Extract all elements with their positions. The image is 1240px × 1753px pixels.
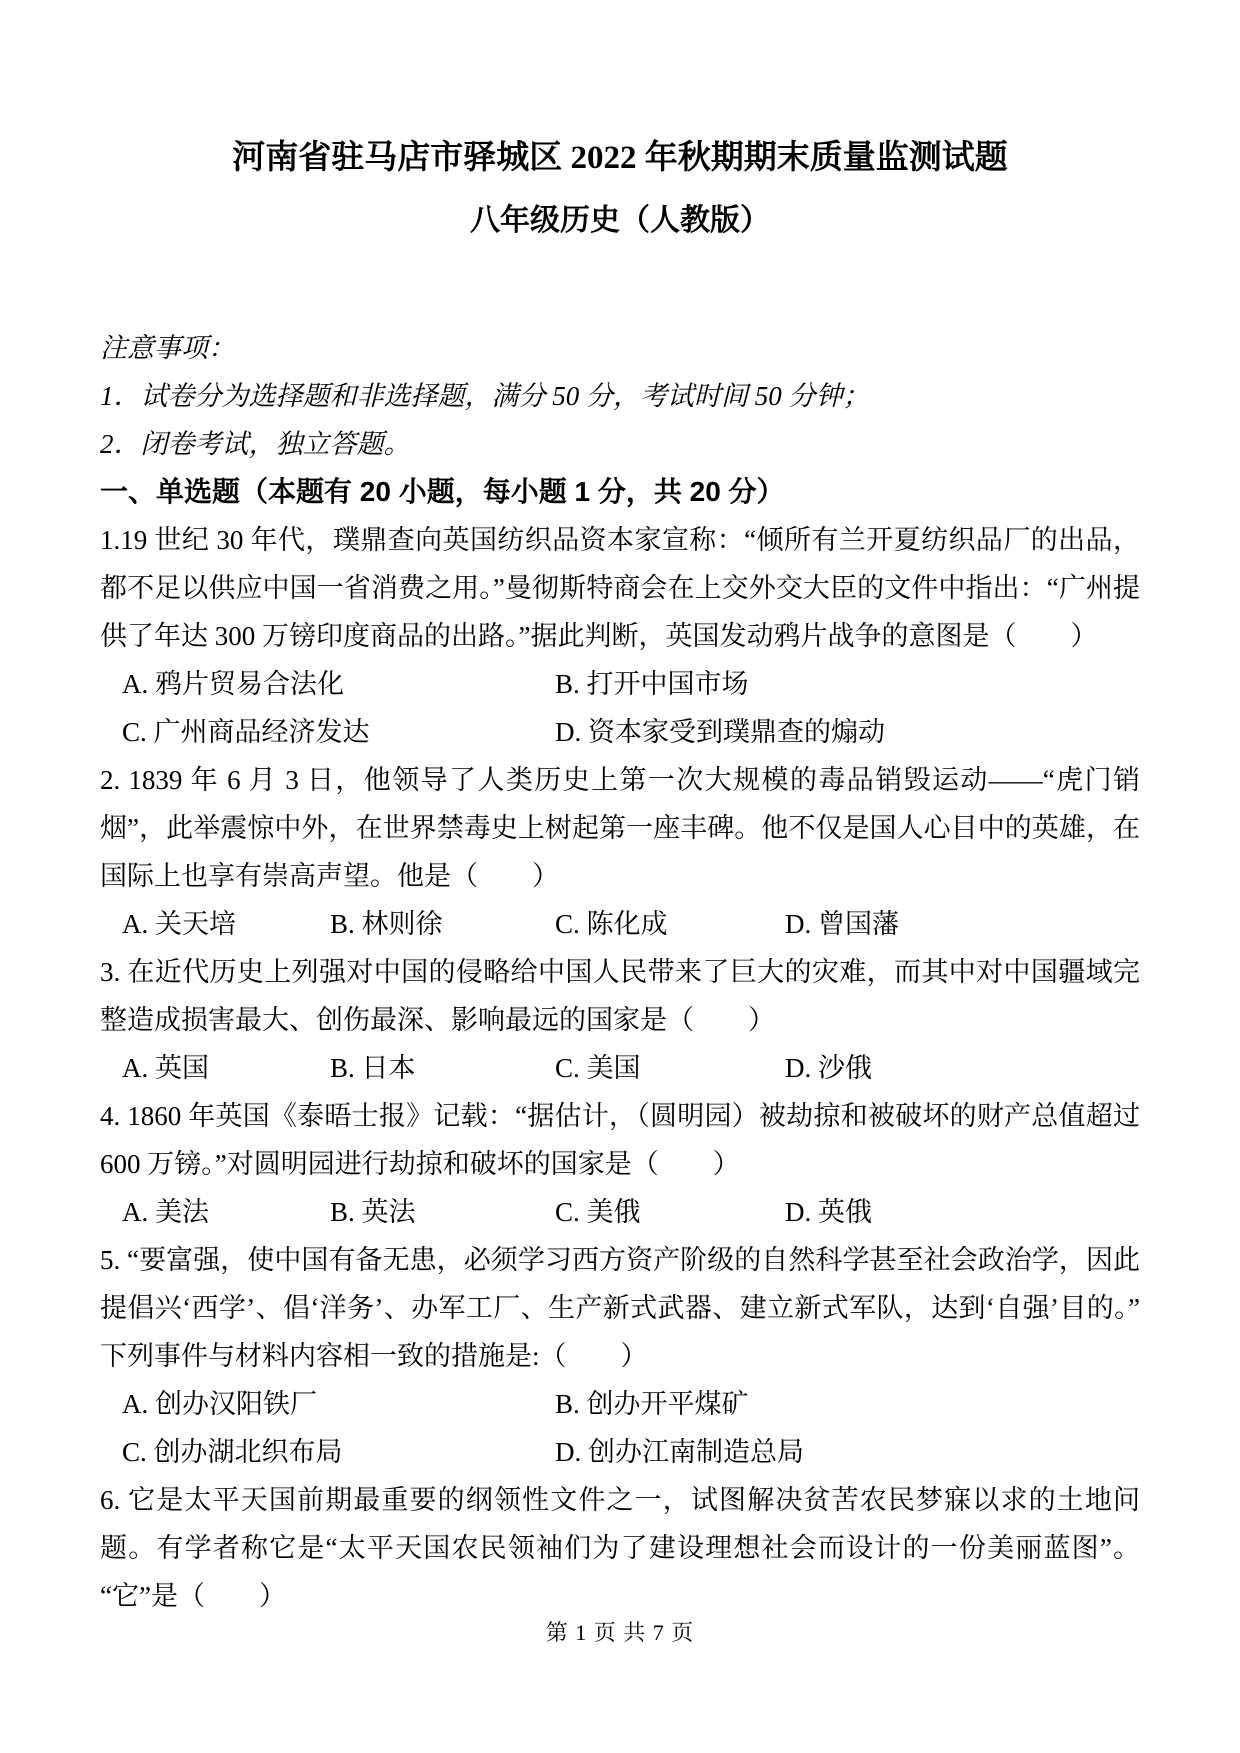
- notice-item-1: 1．试卷分为选择题和非选择题，满分 50 分，考试时间 50 分钟；: [100, 372, 1140, 420]
- option-text: 英国: [155, 1053, 209, 1083]
- exam-title: 河南省驻马店市驿城区 2022 年秋期期末质量监测试题: [100, 138, 1140, 178]
- option-label: D.: [785, 1053, 811, 1083]
- notice-section: 注意事项： 1．试卷分为选择题和非选择题，满分 50 分，考试时间 50 分钟；…: [100, 324, 1140, 468]
- option-text: 创办江南制造总局: [588, 1437, 804, 1467]
- option-text: 创办湖北织布局: [154, 1437, 343, 1467]
- question-5: 5. “要富强，使中国有备无患，必须学习西方资产阶级的自然科学甚至社会政治学，因…: [100, 1236, 1140, 1476]
- option-label: B.: [555, 669, 580, 699]
- question-5-options: A. 创办汉阳铁厂B. 创办开平煤矿C. 创办湖北织布局D. 创办江南制造总局: [122, 1380, 1140, 1476]
- option-label: C.: [122, 717, 147, 747]
- exam-page: 河南省驻马店市驿城区 2022 年秋期期末质量监测试题 八年级历史（人教版） 注…: [0, 0, 1240, 1620]
- option-text: 曾国藩: [818, 909, 899, 939]
- question-5-option-D: D. 创办江南制造总局: [555, 1428, 1140, 1476]
- question-2: 2. 1839 年 6 月 3 日，他领导了人类历史上第一次大规模的毒品销毁运动…: [100, 756, 1140, 948]
- question-6: 6. 它是太平天国前期最重要的纲领性文件之一，试图解决贫苦农民梦寐以求的土地问题…: [100, 1476, 1140, 1620]
- option-label: D.: [555, 1437, 581, 1467]
- question-4-option-A: A. 美法: [122, 1188, 330, 1236]
- question-2-option-A: A. 关天培: [122, 900, 330, 948]
- question-5-option-A: A. 创办汉阳铁厂: [122, 1380, 555, 1428]
- question-4-stem: 4. 1860 年英国《泰晤士报》记载：“据估计，（圆明园）被劫掠和被破坏的财产…: [100, 1092, 1140, 1188]
- question-5-stem: 5. “要富强，使中国有备无患，必须学习西方资产阶级的自然科学甚至社会政治学，因…: [100, 1236, 1140, 1380]
- question-1-option-D: D. 资本家受到璞鼎查的煽动: [555, 708, 1140, 756]
- section-heading: 一、单选题（本题有 20 小题，每小题 1 分，共 20 分）: [100, 468, 1140, 516]
- option-text: 广州商品经济发达: [154, 717, 370, 747]
- question-2-option-B: B. 林则徐: [330, 900, 555, 948]
- question-4-option-D: D. 英俄: [785, 1188, 1140, 1236]
- option-label: B.: [330, 909, 355, 939]
- option-label: D.: [555, 717, 581, 747]
- option-label: D.: [785, 1197, 811, 1227]
- option-text: 美国: [587, 1053, 641, 1083]
- notice-heading: 注意事项：: [100, 324, 1140, 372]
- option-text: 林则徐: [362, 909, 443, 939]
- question-4-option-B: B. 英法: [330, 1188, 555, 1236]
- option-text: 打开中国市场: [587, 669, 749, 699]
- option-label: B.: [330, 1197, 355, 1227]
- option-text: 创办汉阳铁厂: [155, 1389, 317, 1419]
- option-text: 陈化成: [587, 909, 668, 939]
- option-text: 创办开平煤矿: [587, 1389, 749, 1419]
- option-label: A.: [122, 1053, 148, 1083]
- question-3-option-C: C. 美国: [555, 1044, 785, 1092]
- question-3-option-A: A. 英国: [122, 1044, 330, 1092]
- option-label: A.: [122, 669, 148, 699]
- option-label: D.: [785, 909, 811, 939]
- exam-subtitle: 八年级历史（人教版）: [100, 202, 1140, 240]
- question-4-option-C: C. 美俄: [555, 1188, 785, 1236]
- notice-item-2: 2．闭卷考试，独立答题。: [100, 420, 1140, 468]
- question-1-option-B: B. 打开中国市场: [555, 660, 1140, 708]
- option-label: B.: [555, 1389, 580, 1419]
- questions: 1.19 世纪 30 年代，璞鼎查向英国纺织品资本家宣称：“倾所有兰开夏纺织品厂…: [100, 516, 1140, 1620]
- option-label: B.: [330, 1053, 355, 1083]
- option-text: 日本: [362, 1053, 416, 1083]
- question-3: 3. 在近代历史上列强对中国的侵略给中国人民带来了巨大的灾难，而其中对中国疆域完…: [100, 948, 1140, 1092]
- question-2-option-D: D. 曾国藩: [785, 900, 1140, 948]
- question-1-option-A: A. 鸦片贸易合法化: [122, 660, 555, 708]
- option-text: 英法: [362, 1197, 416, 1227]
- question-3-options: A. 英国B. 日本C. 美国D. 沙俄: [122, 1044, 1140, 1092]
- question-1-options: A. 鸦片贸易合法化B. 打开中国市场C. 广州商品经济发达D. 资本家受到璞鼎…: [122, 660, 1140, 756]
- option-label: C.: [122, 1437, 147, 1467]
- question-1-stem: 1.19 世纪 30 年代，璞鼎查向英国纺织品资本家宣称：“倾所有兰开夏纺织品厂…: [100, 516, 1140, 660]
- option-text: 美法: [155, 1197, 209, 1227]
- question-3-option-B: B. 日本: [330, 1044, 555, 1092]
- question-1: 1.19 世纪 30 年代，璞鼎查向英国纺织品资本家宣称：“倾所有兰开夏纺织品厂…: [100, 516, 1140, 756]
- question-3-stem: 3. 在近代历史上列强对中国的侵略给中国人民带来了巨大的灾难，而其中对中国疆域完…: [100, 948, 1140, 1044]
- question-4: 4. 1860 年英国《泰晤士报》记载：“据估计，（圆明园）被劫掠和被破坏的财产…: [100, 1092, 1140, 1236]
- question-2-option-C: C. 陈化成: [555, 900, 785, 948]
- question-2-stem: 2. 1839 年 6 月 3 日，他领导了人类历史上第一次大规模的毒品销毁运动…: [100, 756, 1140, 900]
- option-text: 英俄: [818, 1197, 872, 1227]
- question-1-option-C: C. 广州商品经济发达: [122, 708, 555, 756]
- question-6-stem: 6. 它是太平天国前期最重要的纲领性文件之一，试图解决贫苦农民梦寐以求的土地问题…: [100, 1476, 1140, 1620]
- option-text: 资本家受到璞鼎查的煽动: [588, 717, 885, 747]
- option-label: C.: [555, 1197, 580, 1227]
- option-label: C.: [555, 1053, 580, 1083]
- page-footer: 第 1 页 共 7 页: [0, 1618, 1240, 1648]
- option-text: 鸦片贸易合法化: [155, 669, 344, 699]
- option-text: 沙俄: [818, 1053, 872, 1083]
- option-label: A.: [122, 909, 148, 939]
- option-label: A.: [122, 1389, 148, 1419]
- question-2-options: A. 关天培B. 林则徐C. 陈化成D. 曾国藩: [122, 900, 1140, 948]
- question-5-option-B: B. 创办开平煤矿: [555, 1380, 1140, 1428]
- option-label: C.: [555, 909, 580, 939]
- option-text: 美俄: [587, 1197, 641, 1227]
- question-5-option-C: C. 创办湖北织布局: [122, 1428, 555, 1476]
- question-3-option-D: D. 沙俄: [785, 1044, 1140, 1092]
- question-4-options: A. 美法B. 英法C. 美俄D. 英俄: [122, 1188, 1140, 1236]
- option-label: A.: [122, 1197, 148, 1227]
- option-text: 关天培: [155, 909, 236, 939]
